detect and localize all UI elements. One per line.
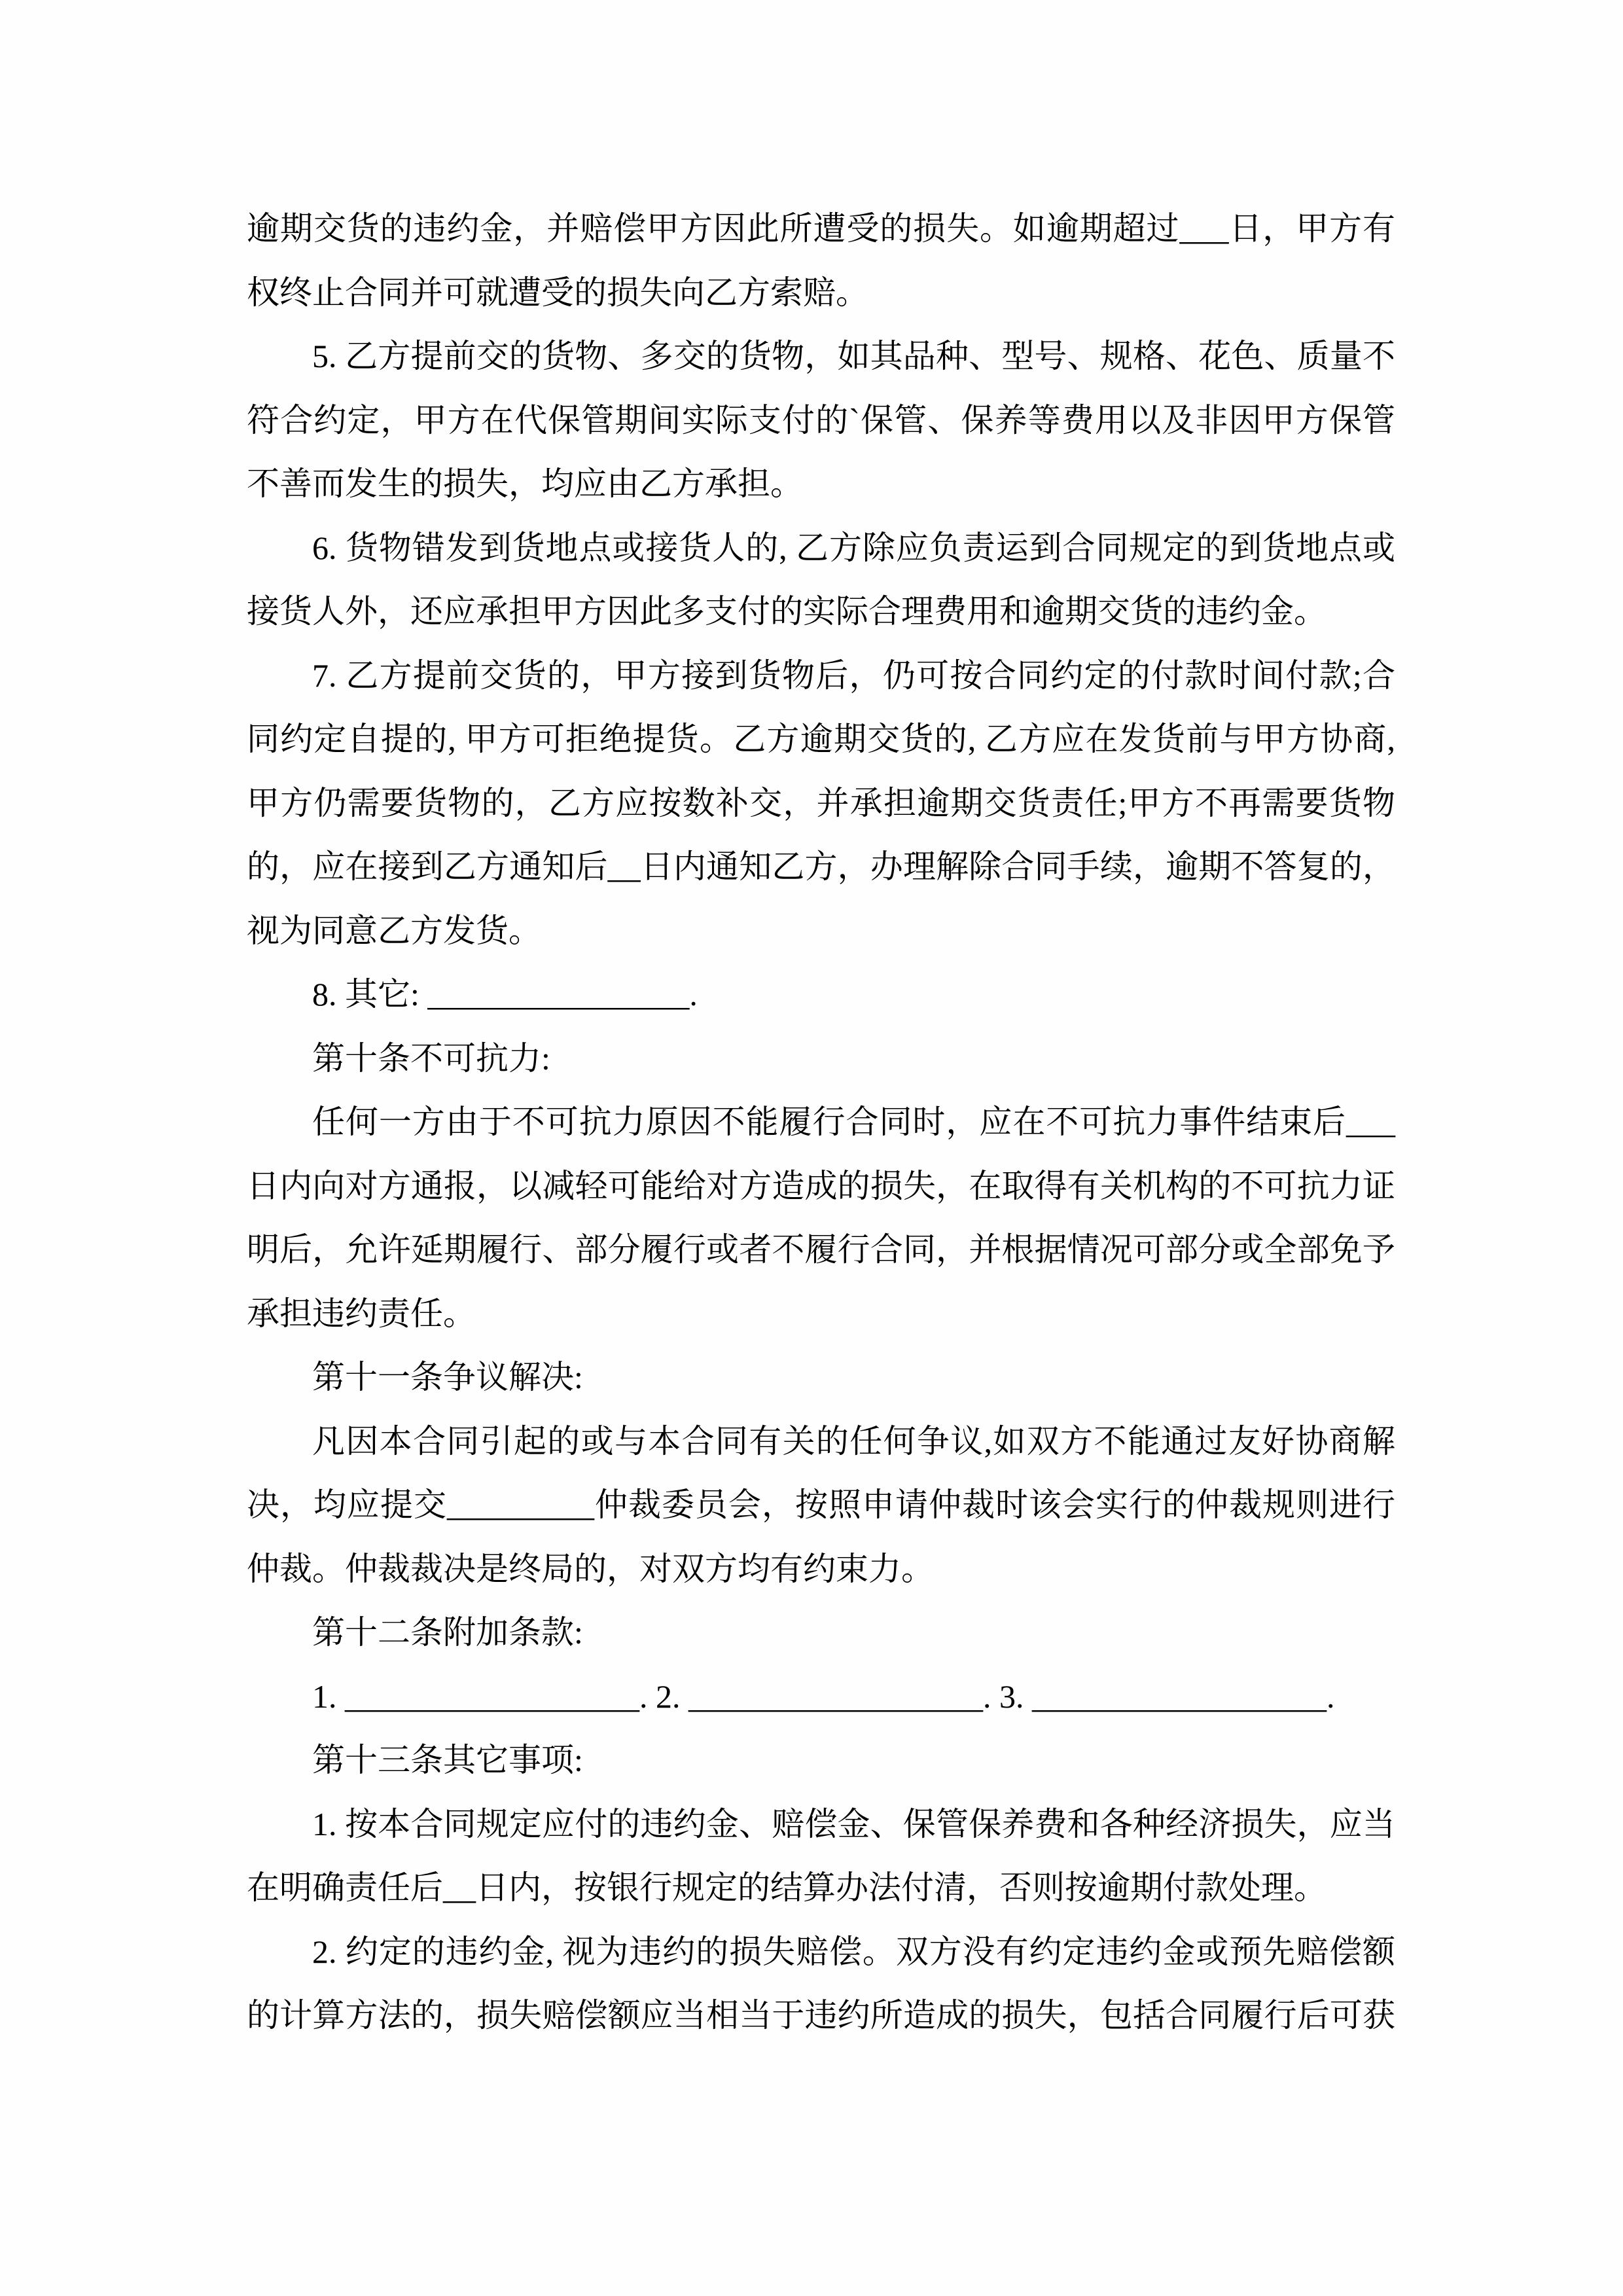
text-line: 的，应在接到乙方通知后__日内通知乙方，办理解除合同手续，逾期不答复的， [247, 835, 1395, 899]
text-line: 日内向对方通报，以减轻可能给对方造成的损失，在取得有关机构的不可抗力证 [247, 1155, 1395, 1219]
text-line: 第十一条争议解决: [247, 1346, 1395, 1410]
text-line: 第十三条其它事项: [247, 1729, 1395, 1793]
text-line: 承担违约责任。 [247, 1282, 1395, 1346]
contract-document-page: 逾期交货的违约金，并赔偿甲方因此所遭受的损失。如逾期超过___日，甲方有权终止合… [0, 0, 1623, 2296]
text-line: 接货人外，还应承担甲方因此多支付的实际合理费用和逾期交货的违约金。 [247, 580, 1395, 644]
text-line: 符合约定，甲方在代保管期间实际支付的`保管、保养等费用以及非因甲方保管 [247, 389, 1395, 453]
text-line: 5. 乙方提前交的货物、多交的货物，如其品种、型号、规格、花色、质量不 [247, 325, 1395, 389]
text-line: 1. __________________. 2. ______________… [247, 1665, 1395, 1729]
text-line: 不善而发生的损失，均应由乙方承担。 [247, 452, 1395, 516]
text-line: 任何一方由于不可抗力原因不能履行合同时，应在不可抗力事件结束后___ [247, 1090, 1395, 1155]
text-line: 8. 其它: ________________. [247, 963, 1395, 1027]
text-line: 权终止合同并可就遭受的损失向乙方索赔。 [247, 261, 1395, 325]
text-line: 仲裁。仲裁裁决是终局的，对双方均有约束力。 [247, 1537, 1395, 1602]
text-line: 6. 货物错发到货地点或接货人的, 乙方除应负责运到合同规定的到货地点或 [247, 516, 1395, 581]
text-line: 逾期交货的违约金，并赔偿甲方因此所遭受的损失。如逾期超过___日，甲方有 [247, 197, 1395, 261]
text-line: 视为同意乙方发货。 [247, 899, 1395, 963]
text-line: 甲方仍需要货物的，乙方应按数补交，并承担逾期交货责任;甲方不再需要货物 [247, 772, 1395, 836]
text-line: 在明确责任后__日内，按银行规定的结算办法付清，否则按逾期付款处理。 [247, 1856, 1395, 1920]
text-line: 1. 按本合同规定应付的违约金、赔偿金、保管保养费和各种经济损失，应当 [247, 1793, 1395, 1857]
text-line: 决，均应提交_________仲裁委员会，按照申请仲裁时该会实行的仲裁规则进行 [247, 1473, 1395, 1537]
contract-text-block: 逾期交货的违约金，并赔偿甲方因此所遭受的损失。如逾期超过___日，甲方有权终止合… [247, 197, 1395, 2048]
text-line: 凡因本合同引起的或与本合同有关的任何争议,如双方不能通过友好协商解 [247, 1410, 1395, 1474]
text-line: 第十二条附加条款: [247, 1601, 1395, 1665]
text-line: 同约定自提的, 甲方可拒绝提货。乙方逾期交货的, 乙方应在发货前与甲方协商, [247, 708, 1395, 772]
text-line: 第十条不可抗力: [247, 1027, 1395, 1091]
text-line: 7. 乙方提前交货的，甲方接到货物后，仍可按合同约定的付款时间付款;合 [247, 644, 1395, 708]
text-line: 2. 约定的违约金, 视为违约的损失赔偿。双方没有约定违约金或预先赔偿额 [247, 1920, 1395, 1984]
text-line: 明后，允许延期履行、部分履行或者不履行合同，并根据情况可部分或全部免予 [247, 1218, 1395, 1282]
text-line: 的计算方法的，损失赔偿额应当相当于违约所造成的损失，包括合同履行后可获 [247, 1984, 1395, 2048]
